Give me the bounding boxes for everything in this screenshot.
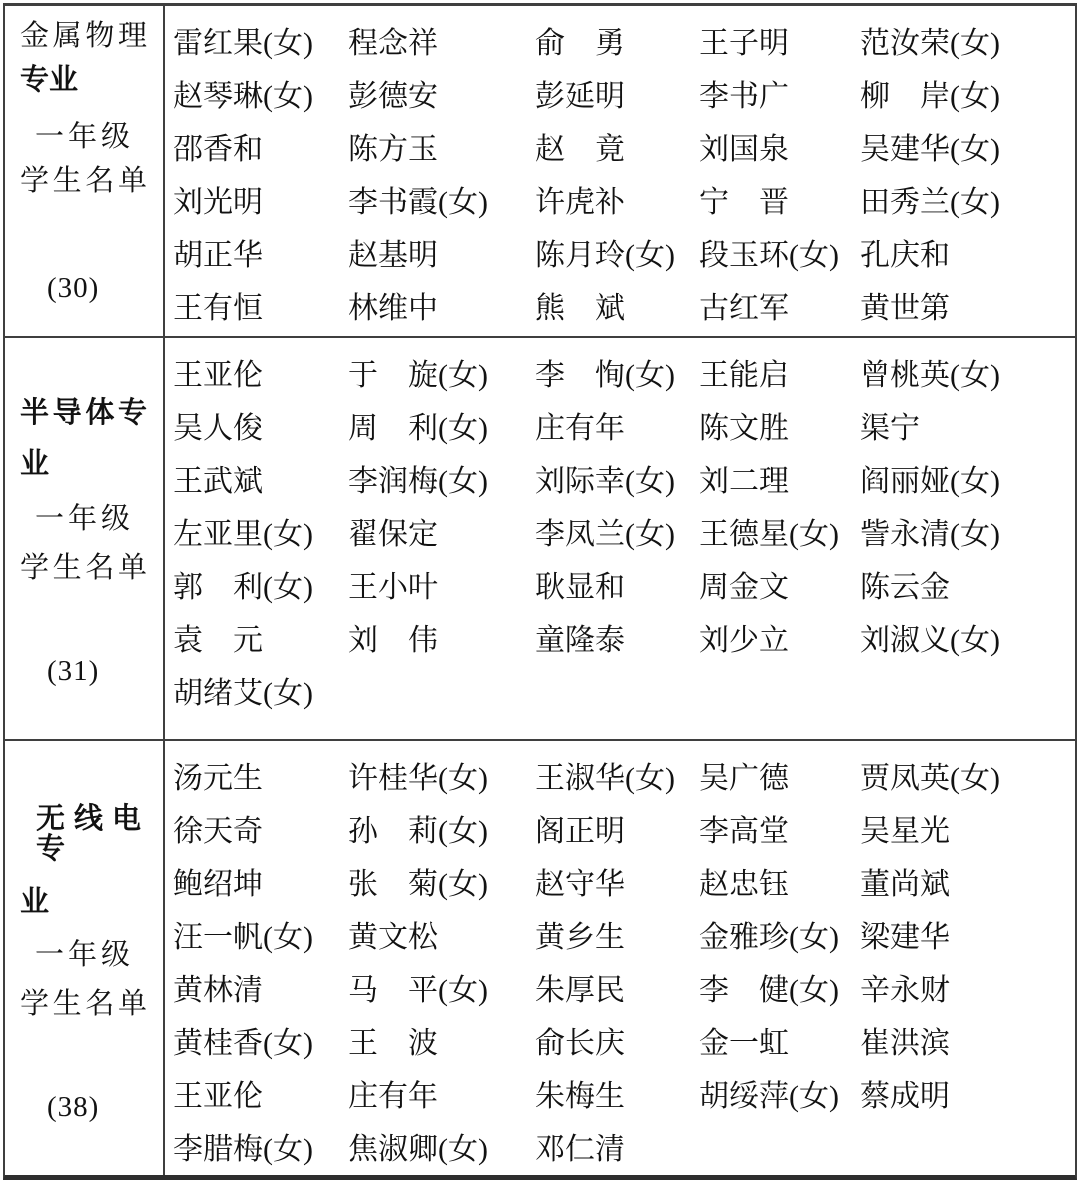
student-name: 吴建华(女) — [860, 119, 1075, 172]
student-name: 赵 竟 — [535, 119, 699, 172]
student-name: 胡绪艾(女) — [173, 663, 348, 716]
list-label: 学生名单 — [5, 989, 163, 1019]
student-name: 李书广 — [699, 66, 860, 119]
list-label: 学生名单 — [5, 553, 163, 583]
student-name: 刘 伟 — [348, 610, 535, 663]
major-title-line1: 金属物理 — [5, 21, 163, 51]
student-name: 王德星(女) — [699, 504, 860, 557]
student-name: 孙 莉(女) — [348, 801, 535, 854]
student-name: 徐天奇 — [173, 801, 348, 854]
student-name: 汤元生 — [173, 748, 348, 801]
student-name: 童隆泰 — [535, 610, 699, 663]
student-name: 周金文 — [699, 557, 860, 610]
student-name: 汪一帆(女) — [173, 907, 348, 960]
student-count: (30) — [5, 273, 163, 303]
student-name: 李书霞(女) — [348, 172, 535, 225]
student-name: 吴广德 — [699, 748, 860, 801]
student-name: 许虎补 — [535, 172, 699, 225]
student-name: 朱梅生 — [535, 1066, 699, 1119]
section-header-cell: 无线电专 业 一年级 学生名单 (38) — [5, 741, 165, 1175]
student-name: 渠宁 — [860, 398, 1075, 451]
student-name: 董尚斌 — [860, 854, 1075, 907]
major-title-line2: 专业 — [5, 65, 163, 95]
student-name: 胡绥萍(女) — [699, 1066, 860, 1119]
student-name: 朱厚民 — [535, 960, 699, 1013]
student-name: 古红军 — [699, 278, 860, 331]
student-name: 李腊梅(女) — [173, 1119, 348, 1172]
student-name: 庄有年 — [348, 1066, 535, 1119]
student-name: 吴人俊 — [173, 398, 348, 451]
grade-label: 一年级 — [5, 940, 163, 970]
student-name: 陈文胜 — [699, 398, 860, 451]
student-name: 王子明 — [699, 13, 860, 66]
student-name: 曾桃英(女) — [860, 345, 1075, 398]
student-name: 李 健(女) — [699, 960, 860, 1013]
student-name: 俞 勇 — [535, 13, 699, 66]
student-name: 赵琴琳(女) — [173, 66, 348, 119]
section-metal-physics: 金属物理 专业 一年级 学生名单 (30) 雷红果(女)程念祥俞 勇王子明范汝荣… — [5, 6, 1075, 336]
student-count: (31) — [5, 656, 163, 686]
student-name: 邵香和 — [173, 119, 348, 172]
student-name: 阁正明 — [535, 801, 699, 854]
names-grid: 汤元生许桂华(女)王淑华(女)吴广德贾凤英(女)徐天奇孙 莉(女)阁正明李高堂吴… — [165, 741, 1075, 1175]
list-label: 学生名单 — [5, 166, 163, 196]
grade-label: 一年级 — [5, 504, 163, 534]
student-name: 熊 斌 — [535, 278, 699, 331]
student-name: 辛永财 — [860, 960, 1075, 1013]
student-name: 黄文松 — [348, 907, 535, 960]
names-grid: 雷红果(女)程念祥俞 勇王子明范汝荣(女)赵琴琳(女)彭德安彭延明李书广柳 岸(… — [165, 6, 1075, 336]
student-name: 黄桂香(女) — [173, 1013, 348, 1066]
student-name: 范汝荣(女) — [860, 13, 1075, 66]
student-name: 刘国泉 — [699, 119, 860, 172]
student-name: 胡正华 — [173, 225, 348, 278]
student-name: 黄林清 — [173, 960, 348, 1013]
student-name: 周 利(女) — [348, 398, 535, 451]
major-title-line1: 半导体专 — [5, 398, 163, 428]
student-name: 李润梅(女) — [348, 451, 535, 504]
student-name: 刘光明 — [173, 172, 348, 225]
student-name: 王亚伦 — [173, 1066, 348, 1119]
student-name: 程念祥 — [348, 13, 535, 66]
section-semiconductor: 半导体专 业 一年级 学生名单 (31) 王亚伦于 旋(女)李 恂(女)王能启曾… — [5, 336, 1075, 739]
student-name: 刘际幸(女) — [535, 451, 699, 504]
student-name: 金雅珍(女) — [699, 907, 860, 960]
student-name: 庄有年 — [535, 398, 699, 451]
roster-document: 金属物理 专业 一年级 学生名单 (30) 雷红果(女)程念祥俞 勇王子明范汝荣… — [0, 0, 1081, 1185]
student-count: (38) — [5, 1092, 163, 1122]
student-name: 张 菊(女) — [348, 854, 535, 907]
student-name: 黄乡生 — [535, 907, 699, 960]
student-name: 刘少立 — [699, 610, 860, 663]
student-name: 左亚里(女) — [173, 504, 348, 557]
student-name: 郭 利(女) — [173, 557, 348, 610]
student-name: 俞长庆 — [535, 1013, 699, 1066]
section-radio: 无线电专 业 一年级 学生名单 (38) 汤元生许桂华(女)王淑华(女)吴广德贾… — [5, 739, 1075, 1175]
student-name: 段玉环(女) — [699, 225, 860, 278]
student-name: 林维中 — [348, 278, 535, 331]
student-name: 王淑华(女) — [535, 748, 699, 801]
roster-table: 金属物理 专业 一年级 学生名单 (30) 雷红果(女)程念祥俞 勇王子明范汝荣… — [3, 3, 1077, 1180]
section-header-cell: 金属物理 专业 一年级 学生名单 (30) — [5, 6, 165, 336]
student-name: 赵守华 — [535, 854, 699, 907]
student-name: 李高堂 — [699, 801, 860, 854]
student-name: 赵忠钰 — [699, 854, 860, 907]
student-name: 鲍绍坤 — [173, 854, 348, 907]
student-name: 王亚伦 — [173, 345, 348, 398]
student-name: 王能启 — [699, 345, 860, 398]
major-title-line2: 业 — [5, 449, 163, 479]
student-name: 孔庆和 — [860, 225, 1075, 278]
student-name: 于 旋(女) — [348, 345, 535, 398]
student-name: 陈月玲(女) — [535, 225, 699, 278]
student-name: 柳 岸(女) — [860, 66, 1075, 119]
student-name: 宁 晋 — [699, 172, 860, 225]
student-name: 陈云金 — [860, 557, 1075, 610]
student-name: 刘淑义(女) — [860, 610, 1075, 663]
student-name: 阎丽娅(女) — [860, 451, 1075, 504]
student-name: 王武斌 — [173, 451, 348, 504]
student-name: 许桂华(女) — [348, 748, 535, 801]
student-name: 彭德安 — [348, 66, 535, 119]
student-name: 王 波 — [348, 1013, 535, 1066]
student-name: 李凤兰(女) — [535, 504, 699, 557]
grade-label: 一年级 — [5, 122, 163, 152]
student-name: 王小叶 — [348, 557, 535, 610]
student-name: 雷红果(女) — [173, 13, 348, 66]
student-name: 刘二理 — [699, 451, 860, 504]
student-name: 袁 元 — [173, 610, 348, 663]
student-name: 彭延明 — [535, 66, 699, 119]
names-grid: 王亚伦于 旋(女)李 恂(女)王能启曾桃英(女)吴人俊周 利(女)庄有年陈文胜渠… — [165, 338, 1075, 739]
student-name: 陈方玉 — [348, 119, 535, 172]
student-name: 赵基明 — [348, 225, 535, 278]
student-name: 崔洪滨 — [860, 1013, 1075, 1066]
student-name: 翟保定 — [348, 504, 535, 557]
major-title-line2: 业 — [5, 887, 163, 917]
student-name: 梁建华 — [860, 907, 1075, 960]
student-name: 王有恒 — [173, 278, 348, 331]
major-title-line1: 无线电专 — [5, 804, 163, 864]
student-name: 贾凤英(女) — [860, 748, 1075, 801]
student-name: 耿显和 — [535, 557, 699, 610]
student-name: 吴星光 — [860, 801, 1075, 854]
student-name: 蔡成明 — [860, 1066, 1075, 1119]
student-name: 邓仁清 — [535, 1119, 699, 1172]
student-name: 黄世第 — [860, 278, 1075, 331]
student-name: 李 恂(女) — [535, 345, 699, 398]
student-name: 马 平(女) — [348, 960, 535, 1013]
student-name: 焦淑卿(女) — [348, 1119, 535, 1172]
section-header-cell: 半导体专 业 一年级 学生名单 (31) — [5, 338, 165, 739]
student-name: 訾永清(女) — [860, 504, 1075, 557]
student-name: 金一虹 — [699, 1013, 860, 1066]
student-name: 田秀兰(女) — [860, 172, 1075, 225]
